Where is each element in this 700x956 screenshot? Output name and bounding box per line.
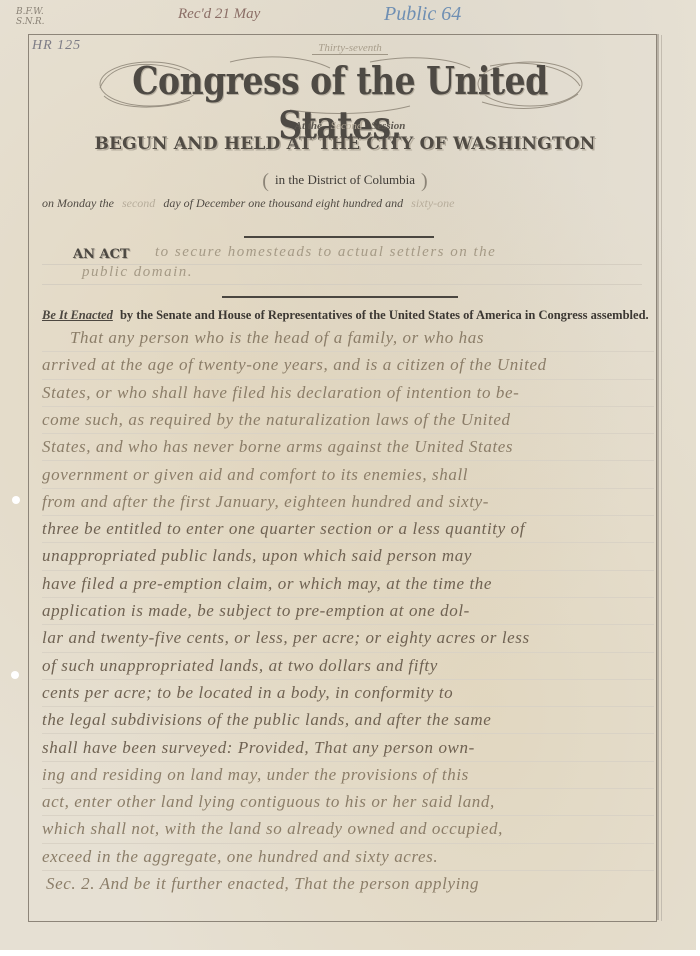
body-line: of such unappropriated lands, at two dol… (42, 652, 654, 680)
body-line: shall have been surveyed: Provided, That… (42, 734, 654, 762)
act-label: AN ACT (73, 247, 130, 262)
body-line: government or given aid and comfort to i… (42, 461, 654, 489)
ruled-line (42, 284, 642, 285)
divider-rule (222, 296, 458, 298)
act-title-line-2: public domain. (82, 264, 193, 281)
public-law-note: Public 64 (384, 3, 461, 26)
body-line: three be entitled to enter one quarter s… (42, 515, 654, 543)
body-line: arrived at the age of twenty-one years, … (42, 351, 654, 379)
body-line: application is made, be subject to pre-e… (42, 597, 654, 625)
act-title-line-1: to secure homesteads to actual settlers … (155, 244, 496, 261)
section-2-line: Sec. 2. And be it further enacted, That … (42, 870, 658, 897)
begun-and-held-line: BEGUN AND HELD AT THE CITY OF WASHINGTON (0, 134, 690, 154)
body-line: from and after the first January, eighte… (42, 488, 654, 516)
title-block: Congress of the United States, (90, 54, 590, 114)
body-line: the legal subdivisions of the public lan… (42, 706, 654, 734)
punch-hole (11, 671, 19, 679)
body-line: have filed a pre-emption claim, or which… (42, 570, 654, 598)
body-line: States, and who has never borne arms aga… (42, 433, 654, 461)
punch-hole (12, 496, 20, 504)
margin-note: B.F.W. S.N.R. (16, 7, 45, 27)
body-line: exceed in the aggregate, one hundred and… (42, 843, 654, 871)
district-line: (in the District of Columbia) (0, 170, 690, 193)
received-note: Rec'd 21 May (178, 6, 260, 23)
body-line: which shall not, with the land so alread… (42, 815, 654, 843)
divider-rule (244, 236, 434, 238)
enacting-clause: Be It Enacted by the Senate and House of… (42, 308, 652, 323)
session-line: At the Second Session (0, 120, 700, 132)
body-line: act, enter other land lying contiguous t… (42, 788, 654, 816)
body-line: lar and twenty-five cents, or less, per … (42, 624, 654, 652)
body-line: States, or who shall have filed his decl… (42, 379, 654, 407)
body-line: unappropriated public lands, upon which … (42, 542, 654, 570)
date-line: on Monday the second day of December one… (42, 196, 642, 211)
body-line: cents per acre; to be located in a body,… (42, 679, 654, 707)
document-page: B.F.W. S.N.R. Rec'd 21 May Public 64 HR … (0, 0, 696, 950)
body-line: come such, as required by the naturaliza… (42, 406, 654, 434)
body-line: ing and residing on land may, under the … (42, 761, 654, 789)
body-line: That any person who is the head of a fam… (42, 324, 654, 352)
